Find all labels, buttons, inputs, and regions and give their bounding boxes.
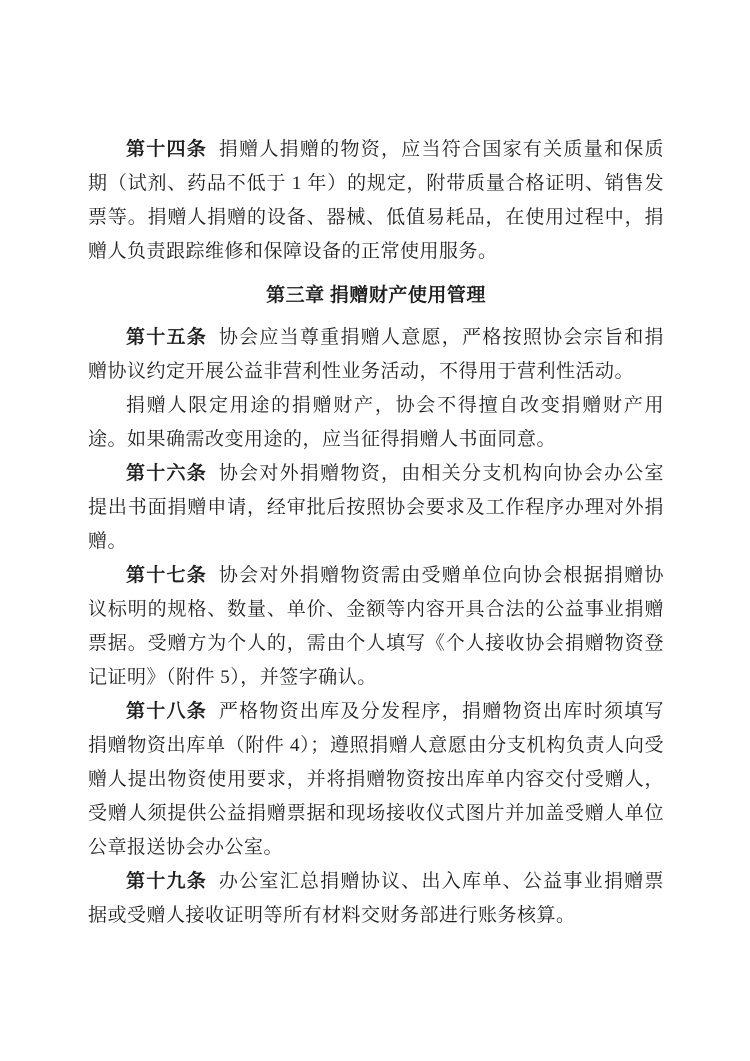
body-paragraph: 捐赠人限定用途的捐赠财产，协会不得擅自改变捐赠财产用途。如果确需改变用途的，应当… [88,389,664,457]
article-paragraph: 第十五条协会应当尊重捐赠人意愿，严格按照协会宗旨和捐赠协议约定开展公益非营利性业… [88,321,664,389]
article-paragraph: 第十七条协会对外捐赠物资需由受赠单位向协会根据捐赠协议标明的规格、数量、单价、金… [88,559,664,695]
article-number: 第十五条 [126,327,207,348]
article-paragraph: 第十四条捐赠人捐赠的物资，应当符合国家有关质量和保质期（试剂、药品不低于 1 年… [88,133,664,269]
article-number: 第十六条 [126,463,207,484]
article-number: 第十九条 [126,871,207,892]
article-paragraph: 第十六条协会对外捐赠物资，由相关分支机构向协会办公室提出书面捐赠申请，经审批后按… [88,457,664,559]
article-number: 第十四条 [126,139,207,160]
article-number: 第十八条 [126,701,207,722]
paragraph-text: 捐赠人限定用途的捐赠财产，协会不得擅自改变捐赠财产用途。如果确需改变用途的，应当… [88,395,664,450]
chapter-heading: 第三章 捐赠财产使用管理 [88,279,664,313]
article-number: 第十七条 [126,565,207,586]
article-paragraph: 第十八条严格物资出库及分发程序，捐赠物资出库时须填写捐赠物资出库单（附件 4）；… [88,695,664,865]
chapter-title-text: 第三章 捐赠财产使用管理 [266,285,486,306]
article-paragraph: 第十九条办公室汇总捐赠协议、出入库单、公益事业捐赠票据或受赠人接收证明等所有材料… [88,865,664,933]
paragraph-text: 严格物资出库及分发程序，捐赠物资出库时须填写捐赠物资出库单（附件 4）；遵照捐赠… [88,701,664,858]
document-page: 第十四条捐赠人捐赠的物资，应当符合国家有关质量和保质期（试剂、药品不低于 1 年… [0,0,750,1061]
